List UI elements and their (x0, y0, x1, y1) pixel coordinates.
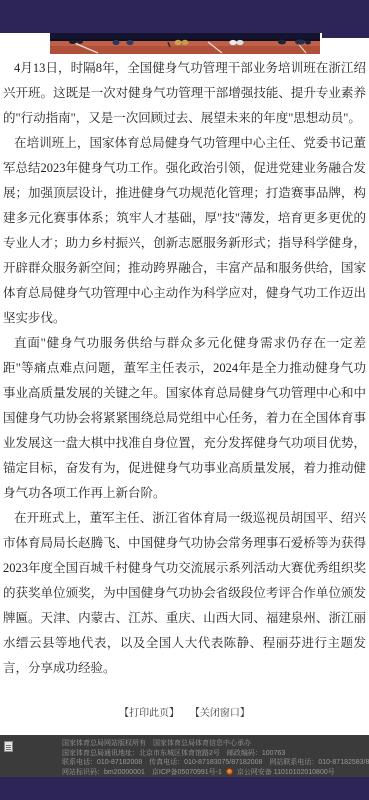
footer-contact-line: 联系电话：010-87182008 传真电话：010-87183075/8718… (62, 758, 369, 768)
site-footer: 国家体育总局网站版权所有 国家体育总局体育信息中心承办 国家体育总局通讯地址：北… (0, 735, 369, 777)
footer-copyright-line: 国家体育总局网站版权所有 国家体育总局体育信息中心承办 (62, 739, 369, 749)
article-paragraph: 在开班式上，董军主任、浙江省体育局一级巡视员胡国平、绍兴市体育局局长赵腾飞、中国… (3, 506, 366, 681)
page-actions-row: 【打印此页】 【关闭窗口】 (0, 707, 369, 721)
article-paragraph: 直面"健身气功服务供给与群众多元化健身需求仍存在一定差距"等痛点难点问题，董军主… (3, 331, 366, 506)
article-body: 4月13日，时隔8年，全国健身气功管理干部业务培训班在浙江绍兴开班。这既是一次对… (3, 56, 366, 681)
footer-license-line: 网站标识码：bm20000001 京ICP备05070991号-1 京公网安备 … (62, 768, 369, 778)
footer-icp-text: 网站标识码：bm20000001 京ICP备05070991号-1 (62, 769, 222, 776)
police-badge-icon[interactable] (226, 768, 233, 775)
footer-police-record-text: 京公网安备 11010102010800号 (237, 769, 335, 776)
close-window-link[interactable]: 【关闭窗口】 (190, 708, 250, 719)
footer-address-line: 国家体育总局通讯地址：北京市东城区体育馆路2号 邮政编码：100763 (62, 749, 369, 759)
article-paragraph: 4月13日，时隔8年，全国健身气功管理干部业务培训班在浙江绍兴开班。这既是一次对… (3, 56, 366, 131)
bottom-banner-band (0, 777, 369, 800)
top-banner-band (0, 0, 369, 33)
venue-photo (50, 33, 320, 54)
banner-corner-notch (322, 33, 369, 38)
photo-row (0, 33, 369, 54)
article-paragraph: 在培训班上，国家体育总局健身气功管理中心主任、党委书记董军总结2023年健身气功… (3, 131, 366, 331)
print-page-link[interactable]: 【打印此页】 (119, 708, 179, 719)
gov-site-badge-icon[interactable] (4, 741, 13, 752)
